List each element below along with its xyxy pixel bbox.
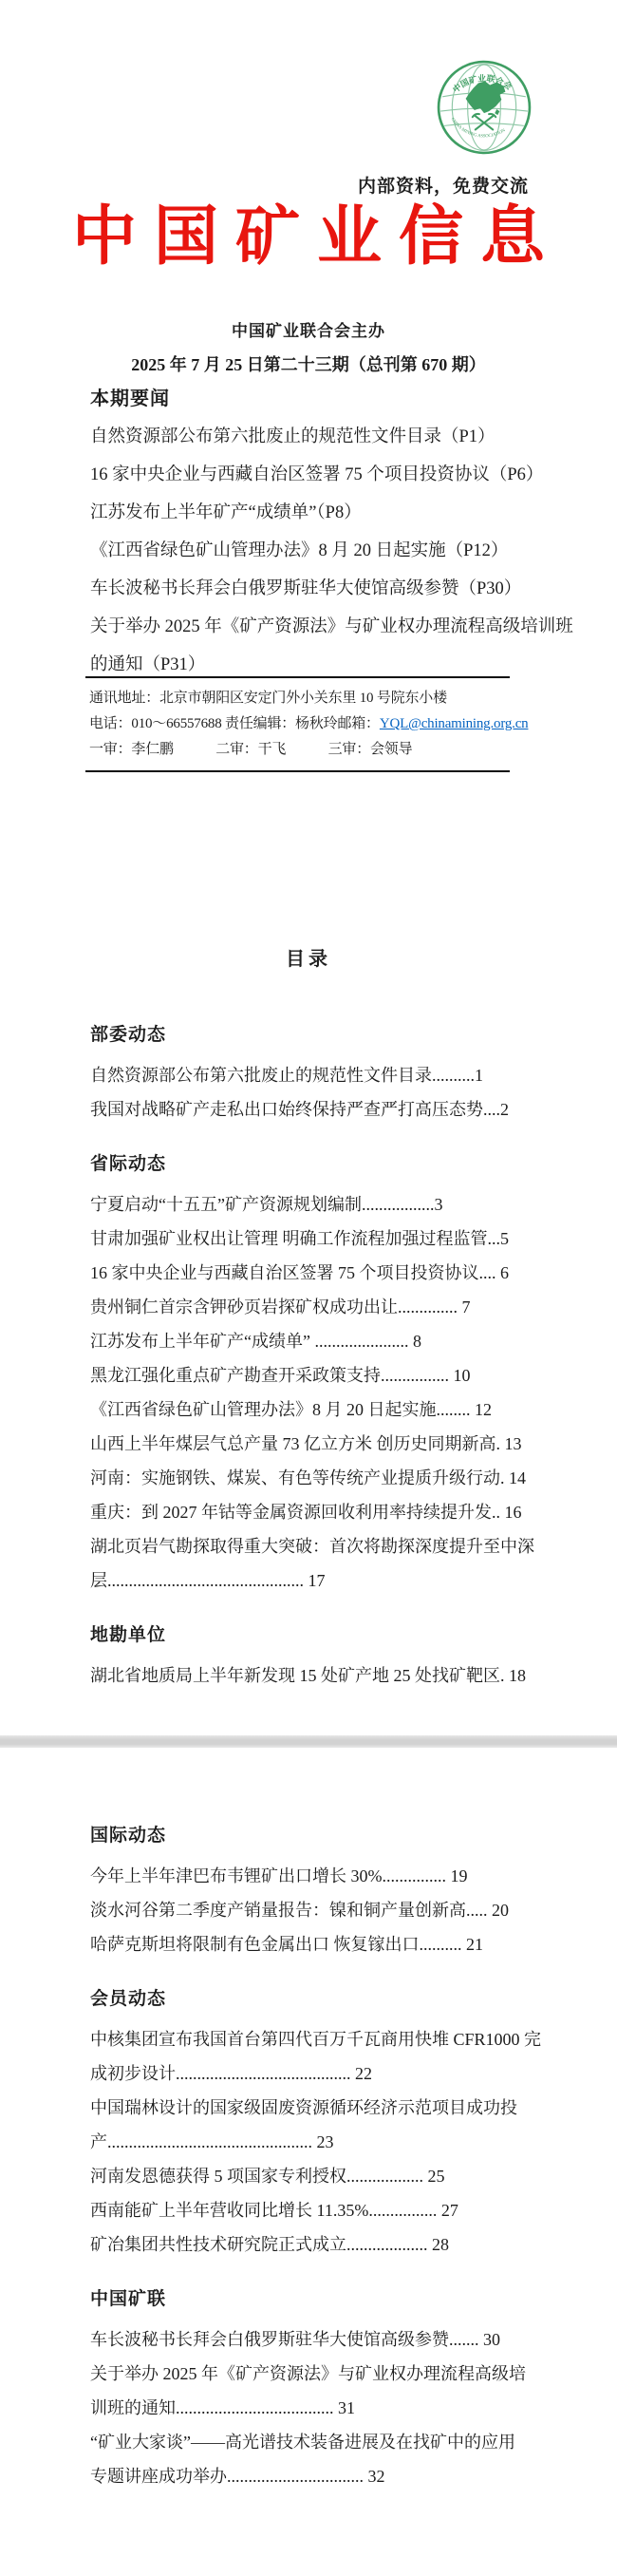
toc-item: 16 家中央企业与西藏自治区签署 75 个项目投资协议.... 6 <box>90 1256 544 1290</box>
toc-item: 自然资源部公布第六批废止的规范性文件目录..........1 <box>90 1058 544 1092</box>
highlight-line: 车长波秘书长拜会白俄罗斯驻华大使馆高级参赞（P30） <box>90 570 546 608</box>
toc-item-line: 河南发恩德获得 5 项国家专利授权.................. 25 <box>90 2159 544 2193</box>
toc-item-line: “矿业大家谈”——高光谱技术装备进展及在找矿中的应用 <box>90 2425 544 2459</box>
toc-section-heading: 地勘单位 <box>90 1624 544 1647</box>
highlight-line: 江苏发布上半年矿产“成绩单”（P8） <box>90 494 546 532</box>
newsletter-title: 中国矿业信息 <box>0 193 617 280</box>
crossed-hammers-icon <box>473 114 495 130</box>
toc-item-line: 中国瑞林设计的国家级固废资源循环经济示范项目成功投 <box>90 2091 544 2125</box>
china-mining-association-logo: 中国矿业联合会 CHINA MINING ASSOCIATION <box>436 59 533 156</box>
contact-reviewers: 一审：李仁鹏 二审：干飞 三审：会领导 <box>89 737 510 763</box>
toc-item: 中核集团宣布我国首台第四代百万千瓦商用快堆 CFR1000 完成初步设计....… <box>90 2022 544 2091</box>
toc-item: 宁夏启动“十五五”矿产资源规划编制.................3 <box>90 1187 544 1222</box>
highlight-item: 16 家中央企业与西藏自治区签署 75 个项目投资协议（P6） <box>90 456 546 494</box>
toc-item-line: 西南能矿上半年营收同比增长 11.35%................ 27 <box>90 2193 544 2227</box>
toc-item-line: 山西上半年煤层气总产量 73 亿立方米 创历史同期新高. 13 <box>90 1427 544 1461</box>
highlight-item: 《江西省绿色矿山管理办法》8 月 20 日起实施（P12） <box>90 532 546 570</box>
highlight-item: 关于举办 2025 年《矿产资源法》与矿业权办理流程高级培训班的通知（P31） <box>90 608 546 684</box>
toc-item-line: 宁夏启动“十五五”矿产资源规划编制.................3 <box>90 1187 544 1222</box>
toc-page1: 部委动态自然资源部公布第六批废止的规范性文件目录..........1我国对战略… <box>90 1009 544 1693</box>
toc-item: 西南能矿上半年营收同比增长 11.35%................ 27 <box>90 2193 544 2227</box>
contact-info-box: 通讯地址：北京市朝阳区安定门外小关东里 10 号院东小楼 电话：010～6655… <box>85 676 510 772</box>
toc-item-line: 甘肃加强矿业权出让管理 明确工作流程加强过程监管...5 <box>90 1222 544 1256</box>
toc-page2: 国际动态今年上半年津巴布韦锂矿出口增长 30%............... 1… <box>90 1809 544 2493</box>
highlight-line: 自然资源部公布第六批废止的规范性文件目录（P1） <box>90 418 546 456</box>
toc-item: 矿冶集团共性技术研究院正式成立................... 28 <box>90 2227 544 2262</box>
toc-item-line: 训班的通知...................................… <box>90 2391 544 2425</box>
organizer-line: 中国矿业联合会主办 <box>0 317 617 341</box>
toc-item: 中国瑞林设计的国家级固废资源循环经济示范项目成功投产..............… <box>90 2091 544 2159</box>
highlights-heading: 本期要闻 <box>90 383 536 410</box>
highlight-item: 车长波秘书长拜会白俄罗斯驻华大使馆高级参赞（P30） <box>90 570 546 608</box>
toc-item: 《江西省绿色矿山管理办法》8 月 20 日起实施........ 12 <box>90 1392 544 1427</box>
toc-item-line: 重庆：到 2027 年钴等金属资源回收利用率持续提升发.. 16 <box>90 1495 544 1529</box>
toc-item: 重庆：到 2027 年钴等金属资源回收利用率持续提升发.. 16 <box>90 1495 544 1529</box>
toc-item-line: 黑龙江强化重点矿产勘查开采政策支持................ 10 <box>90 1358 544 1392</box>
toc-item: 淡水河谷第二季度产销量报告：镍和铜产量创新高..... 20 <box>90 1893 544 1927</box>
toc-item: 今年上半年津巴布韦锂矿出口增长 30%............... 19 <box>90 1859 544 1893</box>
toc-section-heading: 会员动态 <box>90 1988 544 2011</box>
toc-section-heading: 部委动态 <box>90 1024 544 1047</box>
toc-item: “矿业大家谈”——高光谱技术装备进展及在找矿中的应用专题讲座成功举办......… <box>90 2425 544 2493</box>
toc-item: 江苏发布上半年矿产“成绩单” ...................... 8 <box>90 1324 544 1358</box>
toc-item-line: 车长波秘书长拜会白俄罗斯驻华大使馆高级参赞....... 30 <box>90 2322 544 2357</box>
contact-address: 通讯地址：北京市朝阳区安定门外小关东里 10 号院东小楼 <box>89 686 510 711</box>
toc-item-line: 关于举办 2025 年《矿产资源法》与矿业权办理流程高级培 <box>90 2357 544 2391</box>
toc-item: 贵州铜仁首宗含钾砂页岩探矿权成功出让.............. 7 <box>90 1290 544 1324</box>
toc-item-line: 《江西省绿色矿山管理办法》8 月 20 日起实施........ 12 <box>90 1392 544 1427</box>
toc-item-line: 层.......................................… <box>90 1563 544 1598</box>
page-break-divider <box>0 1735 617 1748</box>
highlight-line: 《江西省绿色矿山管理办法》8 月 20 日起实施（P12） <box>90 532 546 570</box>
toc-item: 甘肃加强矿业权出让管理 明确工作流程加强过程监管...5 <box>90 1222 544 1256</box>
toc-section-heading: 中国矿联 <box>90 2288 544 2311</box>
toc-item-line: 河南：实施钢铁、煤炭、有色等传统产业提质升级行动. 14 <box>90 1461 544 1495</box>
toc-item-line: 成初步设计...................................… <box>90 2056 544 2091</box>
toc-item-line: 我国对战略矿产走私出口始终保持严查严打高压态势....2 <box>90 1092 544 1127</box>
toc-item: 黑龙江强化重点矿产勘查开采政策支持................ 10 <box>90 1358 544 1392</box>
toc-item: 河南发恩德获得 5 项国家专利授权.................. 25 <box>90 2159 544 2193</box>
toc-item: 湖北页岩气勘探取得重大突破：首次将勘探深度提升至中深层.............… <box>90 1529 544 1598</box>
contact-phone-editor-text: 电话：010～66557688 责任编辑：杨秋玲邮箱： <box>89 716 380 731</box>
highlight-line: 关于举办 2025 年《矿产资源法》与矿业权办理流程高级培训班 <box>90 608 546 646</box>
toc-item-line: 中核集团宣布我国首台第四代百万千瓦商用快堆 CFR1000 完 <box>90 2022 544 2056</box>
toc-item-line: 贵州铜仁首宗含钾砂页岩探矿权成功出让.............. 7 <box>90 1290 544 1324</box>
toc-section-heading: 省际动态 <box>90 1153 544 1176</box>
toc-section-heading: 国际动态 <box>90 1825 544 1847</box>
toc-title: 目录 <box>0 943 617 971</box>
contact-phone-editor-line: 电话：010～66557688 责任编辑：杨秋玲邮箱：YQL@chinamini… <box>89 711 510 737</box>
toc-item-line: 湖北省地质局上半年新发现 15 处矿产地 25 处找矿靶区. 18 <box>90 1658 544 1693</box>
toc-item-line: 淡水河谷第二季度产销量报告：镍和铜产量创新高..... 20 <box>90 1893 544 1927</box>
issue-info-line: 2025 年 7 月 25 日第二十三期（总刊第 670 期） <box>0 351 617 376</box>
toc-item: 关于举办 2025 年《矿产资源法》与矿业权办理流程高级培训班的通知......… <box>90 2357 544 2425</box>
toc-item: 哈萨克斯坦将限制有色金属出口 恢复镓出口.......... 21 <box>90 1927 544 1961</box>
toc-item-line: 自然资源部公布第六批废止的规范性文件目录..........1 <box>90 1058 544 1092</box>
toc-item-line: 今年上半年津巴布韦锂矿出口增长 30%............... 19 <box>90 1859 544 1893</box>
toc-item: 河南：实施钢铁、煤炭、有色等传统产业提质升级行动. 14 <box>90 1461 544 1495</box>
toc-item-line: 16 家中央企业与西藏自治区签署 75 个项目投资协议.... 6 <box>90 1256 544 1290</box>
toc-item-line: 专题讲座成功举办................................… <box>90 2459 544 2493</box>
toc-item: 我国对战略矿产走私出口始终保持严查严打高压态势....2 <box>90 1092 544 1127</box>
globe-emblem-icon: 中国矿业联合会 CHINA MINING ASSOCIATION <box>436 59 533 156</box>
highlight-line: 16 家中央企业与西藏自治区签署 75 个项目投资协议（P6） <box>90 456 546 494</box>
toc-item: 山西上半年煤层气总产量 73 亿立方米 创历史同期新高. 13 <box>90 1427 544 1461</box>
newsletter-cover-page: 中国矿业联合会 CHINA MINING ASSOCIATION 内部资料，免费… <box>0 0 617 2576</box>
toc-item-line: 湖北页岩气勘探取得重大突破：首次将勘探深度提升至中深 <box>90 1529 544 1563</box>
toc-item-line: 产.......................................… <box>90 2125 544 2159</box>
toc-item: 湖北省地质局上半年新发现 15 处矿产地 25 处找矿靶区. 18 <box>90 1658 544 1693</box>
highlights-list: 自然资源部公布第六批废止的规范性文件目录（P1）16 家中央企业与西藏自治区签署… <box>90 418 546 684</box>
highlight-item: 江苏发布上半年矿产“成绩单”（P8） <box>90 494 546 532</box>
highlight-item: 自然资源部公布第六批废止的规范性文件目录（P1） <box>90 418 546 456</box>
toc-item-line: 江苏发布上半年矿产“成绩单” ...................... 8 <box>90 1324 544 1358</box>
toc-item-line: 哈萨克斯坦将限制有色金属出口 恢复镓出口.......... 21 <box>90 1927 544 1961</box>
toc-item-line: 矿冶集团共性技术研究院正式成立................... 28 <box>90 2227 544 2262</box>
editor-email-link[interactable]: YQL@chinamining.org.cn <box>380 716 529 731</box>
toc-item: 车长波秘书长拜会白俄罗斯驻华大使馆高级参赞....... 30 <box>90 2322 544 2357</box>
